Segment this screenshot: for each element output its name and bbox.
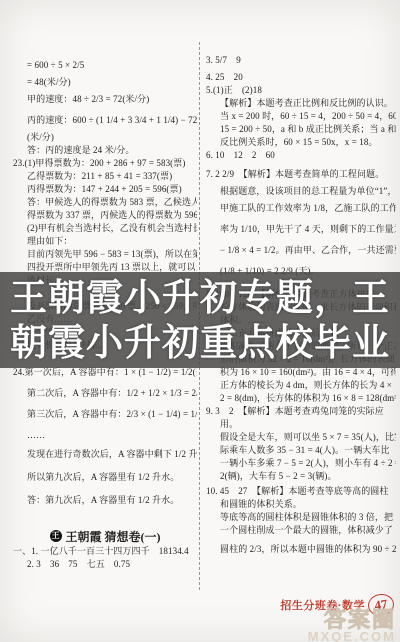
text-line: 率为 1/10，甲先干了 4 天，则剩下的工作量为 1 — [206, 219, 396, 240]
watermark-band: 王朝霞小升初专题，王 朝霞小升初重点校毕业 — [0, 272, 400, 368]
text-line: = 48(米/分) — [13, 76, 197, 89]
text-line: 目前丙领先甲 596 − 583 = 13(票)，所以在第 — [13, 248, 197, 261]
text-line: 2. 3 36 75 七五 0.75 — [13, 558, 197, 571]
text-line: 7. 2 2/9 【解析】本题考查简单的工程问题。 — [206, 164, 396, 185]
text-line: 第二次后，A 容器中有：1/2 + 1/2 × 1/3 = 2/3(升)； — [13, 383, 197, 404]
site-watermark-url: MXQE.COM — [308, 630, 396, 642]
text-line: 4. 25 20 — [206, 71, 396, 84]
text-line: 根据题意，设该项目的总工程量为单位“1”，则 — [206, 185, 396, 198]
section-header: 王 王朝霞 猜想卷(一) — [13, 527, 197, 545]
text-line: (米/分) — [13, 131, 197, 144]
left-column-tail-lines: 一、1. 一亿八千一百三十四万四千 18134.4 22. 3 36 75 七五… — [13, 545, 197, 571]
text-line: (2)甲有机会当选村长，乙没有机会当选村长。 — [13, 222, 197, 235]
text-line: 乙得票数为：211 + 85 + 41 = 337(票) — [13, 170, 197, 183]
text-line: 际乘车人数多 35 − 31 = 4(人)。一辆大车比 — [206, 444, 396, 457]
text-line: 一、1. 一亿八千一百三十四万四千 18134.4 2 — [13, 545, 197, 558]
text-line: 圆柱的 2/3，所以本题中圆锥的体积为 90 ÷ 2/3 — [206, 539, 396, 560]
text-line: 甲施工队的工作效率为 1/8，乙施工队的工作效 — [206, 198, 396, 219]
answer-book-page: = 600 ÷ 5 × 2/5= 48(米/分)甲的速度：48 ÷ 2/3 = … — [0, 0, 400, 642]
site-watermark: 答案圈 MXQE.COM — [308, 610, 396, 642]
text-line: 丙得票数为：147 + 244 + 205 = 596(票) — [13, 183, 197, 196]
text-line: 10. 45 27 【解析】本题考查等底等高的圆柱 — [206, 485, 396, 498]
text-line: 所以第九次后，A 容器里有 1/2 升水。 — [13, 467, 197, 488]
text-line: 发现在进行奇数次后，A 容器中剩下 1/2 升水。 — [13, 444, 197, 465]
watermark-line-2: 朝霞小升初重点校毕业 — [10, 320, 390, 365]
watermark-line-1: 王朝霞小升初专题，王 — [10, 275, 390, 320]
text-line: 第三次后，A 容器中有：2/3 × (1 − 1/4) = 1/2(升)； — [13, 404, 197, 425]
text-line: 用。 — [206, 418, 396, 431]
text-line: 答：丙的速度是 24 米/分。 — [13, 144, 197, 157]
text-line: − 1/8 × 4 = 1/2。再由甲、乙合作，一共还需要 1/2 ÷ — [206, 240, 396, 261]
brand-logo-icon: 王 — [50, 530, 62, 542]
text-line: 一个圆柱削成一个最大的圆锥，体积减少了 — [206, 524, 396, 537]
text-line: 和圆锥的体积关系。 — [206, 498, 396, 511]
text-line: 当 x = 200 时，60 ÷ 15 = 4，200 ÷ 50 = 4，60 … — [206, 110, 396, 123]
text-line: 甲的速度：48 ÷ 2/3 = 72(米/分) — [13, 89, 197, 110]
text-line: 2(辆)，大车有 5 − 2 = 3(辆)。 — [206, 470, 396, 483]
text-line: 3. 5/7 9 — [206, 50, 396, 71]
text-line: 一辆小车多乘 7 − 5 = 2(人)，则小车有 4 ÷ 2 = — [206, 457, 396, 470]
text-line: 2 = 8(dm)，长方体的体积为 16 × 8 = 128(dm³)。 — [206, 392, 396, 405]
text-line: 答：甲候选人的得票数为 583 票，乙候选人的 — [13, 196, 197, 209]
section-header-title: 王朝霞 猜想卷(一) — [66, 528, 161, 545]
text-line: 正方体的棱长为 4 dm，则长方体的长为 4 × — [206, 379, 396, 392]
text-line: 答：第九次后，A 容器里有 1/2 升水。 — [13, 490, 197, 511]
text-line: …… — [13, 429, 197, 442]
text-line: 【解析】本题考查正比例和反比例的认识。 — [206, 97, 396, 110]
text-line: 23.(1)甲得票数为：200 + 286 + 97 = 583(票) — [13, 157, 197, 170]
text-line: 6. 10 12 2 60 — [206, 149, 396, 162]
text-line: 假设全是大车，则可以坐 5 × 7 = 35(人)，比实 — [206, 431, 396, 444]
text-line: 得票数为 337 票，丙候选人的得票数为 596 票。 — [13, 209, 197, 222]
text-line: = 600 ÷ 5 × 2/5 — [13, 55, 197, 76]
text-line: 9. 3 2 【解析】本题考查鸡兔同笼的实际应 — [206, 405, 396, 418]
text-line: 15 = 200 ÷ 50，a 和 b 成正比例关系；当 a 和 b 成 — [206, 123, 396, 136]
text-line: 理由如下： — [13, 235, 197, 248]
text-line: 丙的速度：600 ÷ (1 1/4 + 3 3/4 + 1 1/4) − 72 … — [13, 110, 197, 131]
site-watermark-logo: 答案圈 — [308, 610, 396, 630]
text-line: 5.(1)正 (2)18 — [206, 84, 396, 97]
text-line: 等底等高的圆柱体积是圆锥体积的 3 倍，把 — [206, 511, 396, 524]
text-line: 反比例关系时，60 × 15 = 50x，x = 18。 — [206, 136, 396, 149]
